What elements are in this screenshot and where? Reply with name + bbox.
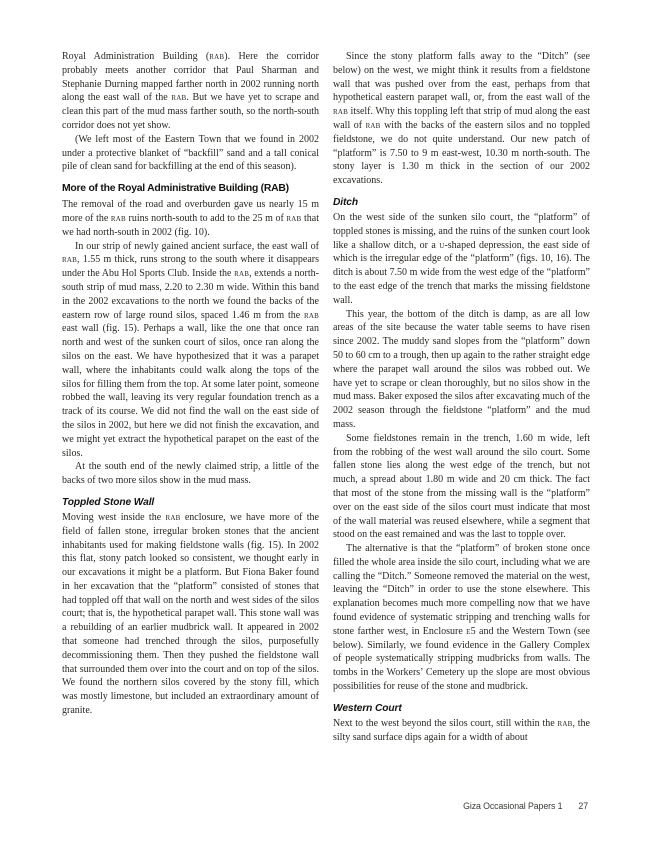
document-page: Royal Administration Building (rab). Her… [0,0,650,842]
right-column: Since the stony platform falls away to t… [333,50,590,744]
page-footer: Giza Occasional Papers 1 27 [463,801,588,811]
paragraph: Some fieldstones remain in the trench, 1… [333,432,590,542]
paragraph: At the south end of the newly claimed st… [62,460,319,488]
subsection-heading: Western Court [333,703,590,714]
page-number: 27 [578,801,588,811]
left-column: Royal Administration Building (rab). Her… [62,50,319,744]
paragraph: This year, the bottom of the ditch is da… [333,308,590,432]
section-heading: More of the Royal Administrative Buildin… [62,183,319,194]
two-column-layout: Royal Administration Building (rab). Her… [62,50,590,744]
paragraph: The removal of the road and overburden g… [62,198,319,239]
paragraph: Next to the west beyond the silos court,… [333,717,590,745]
subsection-heading: Toppled Stone Wall [62,497,319,508]
paragraph: Since the stony platform falls away to t… [333,50,590,188]
paragraph: Moving west inside the rab enclosure, we… [62,511,319,718]
subsection-heading: Ditch [333,197,590,208]
paragraph: On the west side of the sunken silo cour… [333,211,590,308]
paragraph: In our strip of newly gained ancient sur… [62,240,319,461]
paragraph: The alternative is that the “platform” o… [333,542,590,694]
paragraph: Royal Administration Building (rab). Her… [62,50,319,133]
paragraph: (We left most of the Eastern Town that w… [62,133,319,174]
journal-title: Giza Occasional Papers 1 [463,801,562,811]
